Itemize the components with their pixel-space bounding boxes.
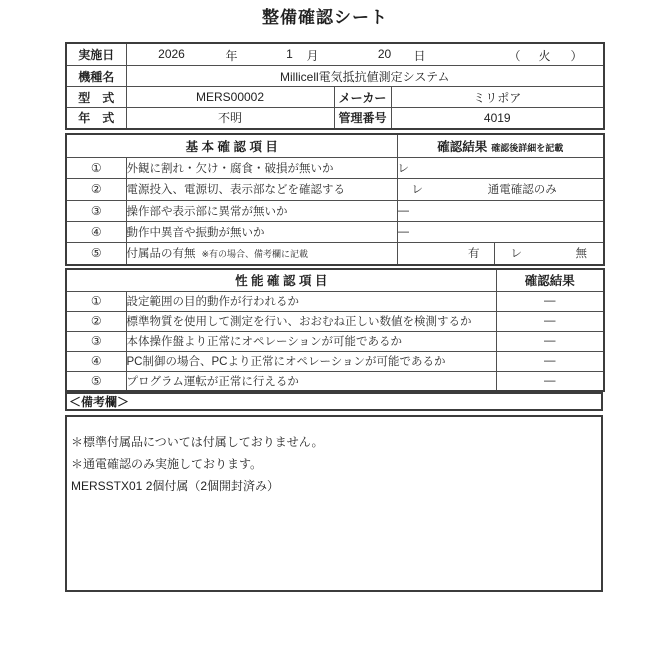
row-result-check: レ [398, 181, 442, 197]
row-result-dash: ― [496, 331, 604, 351]
date-day-label: 日 [413, 47, 425, 64]
year-type-value: 不明 [126, 108, 334, 129]
table-row: ③ 操作部や表示部に異常が無いか ― [66, 200, 604, 221]
row-item: 動作中異音や振動が無いか [126, 221, 397, 242]
row-item: 電源投入、電源切、表示部などを確認する [126, 178, 397, 200]
table-row: ③ 本体操作盤より正常にオペレーションが可能であるか ― [66, 331, 604, 351]
info-row-date: 実施日 2026 年 1 月 20 日 （ 火 ） [66, 43, 604, 66]
remark-line: ＊通電確認のみ実施しております。 [67, 453, 601, 475]
date-year: 2026 [158, 47, 185, 61]
row-result: レ 通電確認のみ [398, 179, 604, 200]
table-row: ⑤ 付属品の有無※有の場合、備考欄に記載 有 レ 無 [66, 242, 604, 265]
row-number: ③ [66, 331, 126, 351]
accessories-no: 無 [576, 245, 588, 261]
type-label: 型 式 [66, 87, 126, 108]
row-item: 本体操作盤より正常にオペレーションが可能であるか [126, 331, 496, 351]
performance-check-table: 性 能 確 認 項 目 確認結果 ① 設定範囲の目的動作が行われるか ― ② 標… [65, 268, 605, 392]
date-day: 20 [378, 47, 391, 61]
maker-value: ミリポア [391, 87, 604, 108]
row-item: 外観に割れ・欠け・腐食・破損が無いか [126, 157, 397, 178]
info-row-type: 型 式 MERS00002 メーカー ミリポア [66, 87, 604, 108]
model-label: 機種名 [66, 66, 126, 87]
control-no-label: 管理番号 [334, 108, 391, 129]
remark-line: ＊標準付属品については付属しておりません。 [67, 431, 601, 453]
basic-check-table: 基 本 確 認 項 目 確認結果確認後詳細を記載 ① 外観に割れ・欠け・腐食・破… [65, 133, 605, 266]
table-row: ④ PC制御の場合、PCより正常にオペレーションが可能であるか ― [66, 351, 604, 371]
date-month-label: 月 [306, 47, 318, 64]
info-table: 実施日 2026 年 1 月 20 日 （ 火 ） 機種名 Millicell電… [65, 42, 605, 130]
row-item: プログラム運転が正常に行えるか [126, 371, 496, 391]
row-result-note: 通電確認のみ [442, 181, 604, 197]
row-number: ④ [66, 221, 126, 242]
control-no-value: 4019 [391, 108, 604, 129]
page-title: 整備確認シート [0, 3, 650, 28]
perf-result-header: 確認結果 [496, 269, 604, 291]
basic-header: 基 本 確 認 項 目 [66, 134, 397, 157]
date-value: 2026 年 1 月 20 日 （ 火 ） [127, 44, 604, 65]
row-item: 設定範囲の目的動作が行われるか [126, 291, 496, 311]
model-value: Millicell電気抵抗値測定システム [126, 66, 604, 87]
accessories-yes: 有 [398, 243, 495, 264]
row-item: 操作部や表示部に異常が無いか [126, 200, 397, 221]
date-paren-open: （ [508, 47, 520, 64]
row-result-dash: ― [496, 371, 604, 391]
row-number: ① [66, 291, 126, 311]
table-row: ② 標準物質を使用して測定を行い、おおむね正しい数値を検測するか ― [66, 311, 604, 331]
row-item: 標準物質を使用して測定を行い、おおむね正しい数値を検測するか [126, 311, 496, 331]
row-item-note: ※有の場合、備考欄に記載 [202, 249, 309, 259]
table-row: ④ 動作中異音や振動が無いか ― [66, 221, 604, 242]
table-row: ⑤ プログラム運転が正常に行えるか ― [66, 371, 604, 391]
basic-result-header: 確認結果確認後詳細を記載 [397, 134, 604, 157]
date-month: 1 [286, 47, 293, 61]
basic-result-header-note: 確認後詳細を記載 [491, 143, 563, 153]
row-item: PC制御の場合、PCより正常にオペレーションが可能であるか [126, 351, 496, 371]
row-number: ③ [66, 200, 126, 221]
row-number: ② [66, 311, 126, 331]
table-row: ① 外観に割れ・欠け・腐食・破損が無いか レ [66, 157, 604, 178]
row-number: ② [66, 178, 126, 200]
type-value: MERS00002 [126, 87, 334, 108]
row-number: ⑤ [66, 371, 126, 391]
row-result-check: レ [397, 157, 604, 178]
perf-header-row: 性 能 確 認 項 目 確認結果 [66, 269, 604, 291]
remarks-header: ＜備考欄＞ [65, 392, 603, 411]
info-row-year: 年 式 不明 管理番号 4019 [66, 108, 604, 129]
accessories-result: 有 レ 無 [398, 243, 604, 264]
maker-label: メーカー [334, 87, 391, 108]
date-year-label: 年 [225, 47, 237, 64]
date-weekday: 火 [538, 47, 550, 64]
remark-line: MERSSTX01 2個付属（2個開封済み） [67, 475, 601, 497]
year-type-label: 年 式 [66, 108, 126, 129]
row-result-dash: ― [496, 311, 604, 331]
table-row: ① 設定範囲の目的動作が行われるか ― [66, 291, 604, 311]
accessories-check: レ [511, 245, 523, 261]
row-result-dash: ― [496, 351, 604, 371]
basic-header-row: 基 本 確 認 項 目 確認結果確認後詳細を記載 [66, 134, 604, 157]
info-row-model: 機種名 Millicell電気抵抗値測定システム [66, 66, 604, 87]
date-paren-close: ） [570, 47, 582, 64]
row-item: 付属品の有無※有の場合、備考欄に記載 [126, 242, 397, 265]
row-result-dash: ― [496, 291, 604, 311]
remarks-box: ＊標準付属品については付属しておりません。 ＊通電確認のみ実施しております。 M… [65, 415, 603, 592]
row-result-dash: ― [397, 200, 604, 221]
row-result-dash: ― [397, 221, 604, 242]
row-number: ⑤ [66, 242, 126, 265]
perf-header: 性 能 確 認 項 目 [66, 269, 496, 291]
row-number: ① [66, 157, 126, 178]
table-row: ② 電源投入、電源切、表示部などを確認する レ 通電確認のみ [66, 178, 604, 200]
row-number: ④ [66, 351, 126, 371]
date-label: 実施日 [66, 43, 126, 66]
